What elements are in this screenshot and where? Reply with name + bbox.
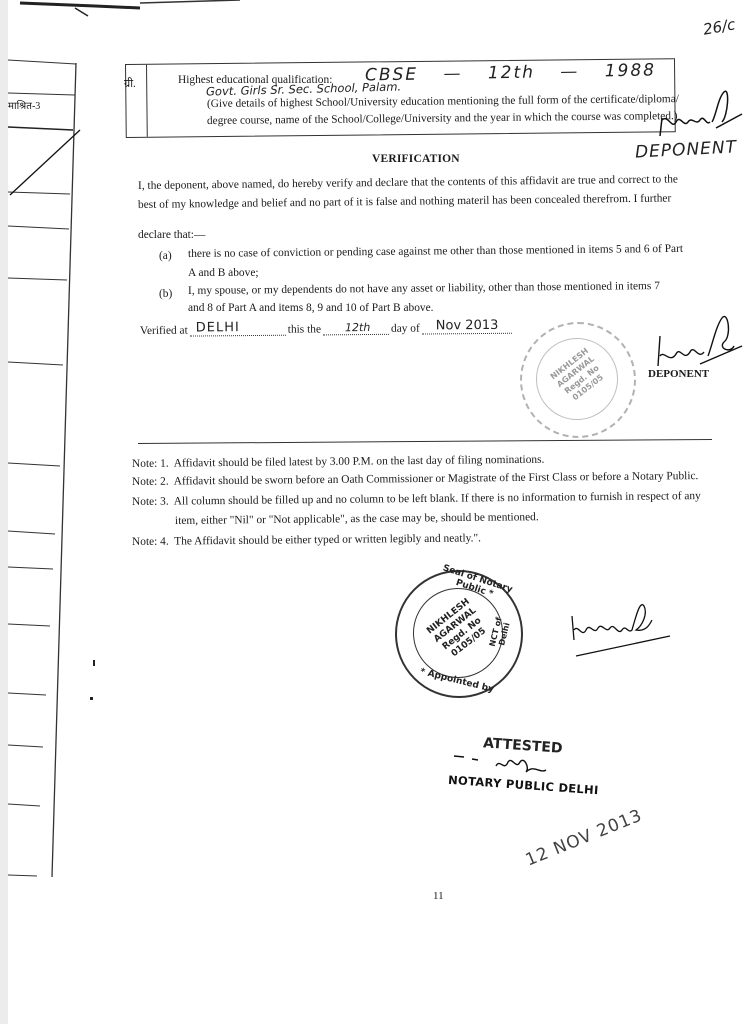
note-3-text: All column should be filled up and no co… [174, 490, 701, 508]
note-4-label: Note: 4. [132, 536, 169, 548]
verification-item-b-line2: and 8 of Part A and items 8, 9 and 10 of… [188, 302, 434, 314]
verified-at-value: DELHI [196, 320, 240, 335]
note-1-label: Note: 1. [132, 458, 169, 470]
note-2: Note: 2. Affidavit should be sworn befor… [132, 470, 698, 488]
verification-title: VERIFICATION [372, 153, 460, 165]
deponent-signature-top [650, 78, 745, 138]
verified-at-label: Verified at [140, 325, 188, 337]
note-1: Note: 1. Affidavit should be filed lates… [132, 454, 544, 470]
verified-at-row: Verified at DELHI this the 12th day of N… [140, 322, 512, 337]
verified-at-field: DELHI [190, 335, 286, 337]
note-3-line2: item, either "Nil" or "Not applicable", … [175, 511, 539, 527]
day-value: 12th [345, 321, 370, 334]
notary-seal-top: NIKHLESH AGARWAL Regd. No 0105/05 [520, 322, 636, 438]
verification-item-b-marker: (b) [159, 288, 172, 300]
deponent-signature-bottom [566, 596, 676, 660]
notary-seal-bottom: Seal of Notary Public * NCT of Delhi * A… [395, 570, 523, 698]
deponent-handwritten-label: DEPONENT [635, 137, 738, 162]
note-2-text: Affidavit should be sworn before an Oath… [174, 470, 699, 487]
qualification-item-number: ग्री. [124, 76, 136, 91]
verification-para-line3: declare that:— [138, 229, 205, 241]
scan-speck [90, 697, 93, 700]
note-4-text: The Affidavit should be either typed or … [174, 532, 481, 547]
verification-para-line1: I, the deponent, above named, do hereby … [138, 173, 678, 192]
left-column-table [0, 0, 130, 900]
left-column-label: माश्रित-3 [8, 98, 40, 112]
notes-divider [138, 439, 712, 444]
note-4: Note: 4. The Affidavit should be either … [132, 532, 481, 548]
verification-item-a-marker: (a) [159, 250, 172, 262]
this-the-label: this the [288, 323, 321, 335]
deponent-label: DEPONENT [648, 368, 709, 380]
deponent-signature-verification [648, 306, 743, 376]
month-year-field: Nov 2013 [422, 333, 512, 335]
note-3: Note: 3. All column should be filled up … [132, 490, 701, 508]
note-3-label: Note: 3. [132, 496, 169, 508]
page-number: 11 [433, 890, 444, 902]
day-field: 12th [323, 334, 389, 336]
note-1-text: Affidavit should be filed latest by 3.00… [174, 454, 545, 470]
attested-stamp-date: 12 NOV 2013 [523, 805, 646, 870]
verification-item-a-line1: there is no case of conviction or pendin… [188, 243, 683, 260]
scan-speck [93, 660, 95, 666]
verification-item-a-line2: A and B above; [188, 267, 259, 279]
verification-para-line2: best of my knowledge and belief and no p… [138, 192, 671, 211]
note-2-label: Note: 2. [132, 476, 169, 488]
day-of-label: day of [391, 323, 420, 335]
month-year-value: Nov 2013 [436, 318, 499, 334]
verification-item-b-line1: I, my spouse, or my dependents do not ha… [188, 280, 660, 297]
